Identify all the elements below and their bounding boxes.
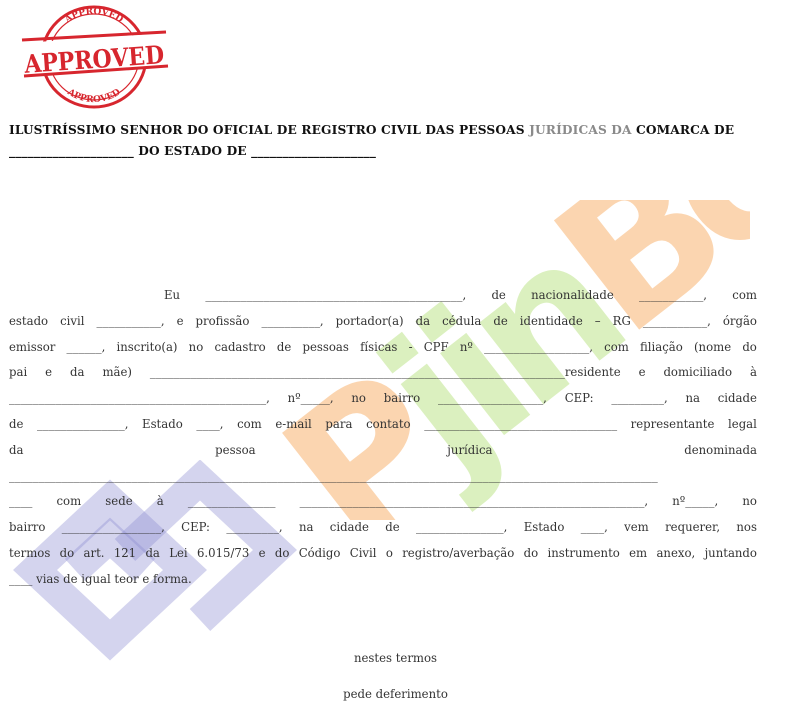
body-word: termos [9, 541, 50, 567]
body-word: da [145, 541, 159, 567]
body-word: nos [736, 515, 757, 541]
body-word: bairro [9, 515, 45, 541]
body-word: sede [105, 489, 132, 515]
body-word: ____, [196, 412, 223, 438]
body-word: ________________________________________… [300, 489, 649, 515]
body-segment: pessoa [215, 438, 255, 464]
body-word: _________________________________ [424, 412, 617, 438]
body-word: bairro [384, 386, 420, 412]
body-word: emissor [9, 335, 55, 361]
body-word: contato [366, 412, 411, 438]
body-word: ___________, [639, 283, 707, 309]
body-word: e [177, 309, 184, 335]
body-word: de [9, 412, 23, 438]
body-word: _________________, [62, 515, 165, 541]
body-word: domiciliado [663, 360, 732, 386]
body-word: anexo, [656, 541, 695, 567]
body-word: do [742, 335, 757, 361]
body-word: portador(a) [336, 309, 404, 335]
body-word: ___________, [97, 309, 165, 335]
body-word: Estado [524, 515, 565, 541]
body-word: pai [9, 360, 27, 386]
body-line: emissor______,inscrito(a)nocadastrodepes… [9, 335, 757, 361]
body-word: ________________________________________… [9, 464, 658, 490]
body-word: nº_____, [288, 386, 334, 412]
body-word: com [237, 412, 262, 438]
body-word: Lei [169, 541, 187, 567]
body-word: _________, [226, 515, 282, 541]
body-word: representante [631, 412, 715, 438]
body-line: ________________________________________… [9, 386, 757, 412]
body-word: (nome [694, 335, 731, 361]
body-line: paiedamãe)______________________________… [9, 360, 757, 386]
body-word: vem [624, 515, 649, 541]
body-segment: jurídica [447, 438, 492, 464]
body-segment: da [9, 438, 23, 464]
body-word: __________________, [484, 335, 593, 361]
body-word: __________________, [438, 386, 547, 412]
body-word: do [60, 541, 75, 567]
body-word: RG [613, 309, 631, 335]
body-word: pessoas [303, 335, 349, 361]
body-segment: ____ vias de igual teor e forma. [9, 567, 192, 593]
body-word: inscrito(a) [117, 335, 178, 361]
body-word: na [299, 515, 314, 541]
body-word: órgão [723, 309, 757, 335]
body-word: instrumento [547, 541, 619, 567]
body-word: ____, [581, 515, 608, 541]
body-word: em [629, 541, 647, 567]
body-word: nacionalidade [531, 283, 614, 309]
body-word: filiação [640, 335, 683, 361]
approved-stamp-icon: APPROVED APPROVED APPROVED [14, 2, 174, 110]
body-word: e [259, 541, 266, 567]
body-line: de_______________,Estado____,come-mailpa… [9, 412, 757, 438]
body-word: 6.015/73 [197, 541, 249, 567]
body-line: ____ vias de igual teor e forma. [9, 567, 757, 593]
heading-line1-end: COMARCA DE [632, 123, 735, 137]
body-word: cadastro [214, 335, 265, 361]
body-word: no [351, 386, 366, 412]
body-line: dapessoajurídicadenominada [9, 438, 757, 464]
body-word: identidade [520, 309, 583, 335]
body-word: juntando [705, 541, 757, 567]
heading-line1-grey: JURÍDICAS DA [529, 123, 632, 137]
body-word: CEP: [181, 515, 210, 541]
body-word: ___________, [643, 309, 711, 335]
body-word: Eu [164, 283, 180, 309]
closing-line-2: pede deferimento [0, 687, 791, 701]
body-word: Estado [142, 412, 183, 438]
body-line: bairro_________________,CEP:_________,na… [9, 515, 757, 541]
document-heading: ILUSTRÍSSIMO SENHOR DO OFICIAL DE REGIST… [9, 120, 779, 162]
body-word: na [685, 386, 700, 412]
body-word: nº [460, 335, 473, 361]
body-word: com [732, 283, 757, 309]
body-word: _______________, [37, 412, 128, 438]
body-word: de [493, 309, 507, 335]
document-body: Eu______________________________________… [9, 283, 757, 593]
body-word: cidade [718, 386, 757, 412]
body-word: físicas [360, 335, 397, 361]
body-word: 121 [114, 541, 136, 567]
body-word: cidade [330, 515, 369, 541]
body-word: ______, [67, 335, 106, 361]
body-line: Eu______________________________________… [9, 283, 757, 309]
body-word: registro/averbação [402, 541, 514, 567]
closing-line-1: nestes termos [0, 651, 791, 665]
body-word: à [157, 489, 164, 515]
body-word: ____ [9, 489, 32, 515]
body-word: Código [299, 541, 341, 567]
body-word: _______________, [416, 515, 507, 541]
body-word: da [70, 360, 84, 386]
body-word: do [275, 541, 290, 567]
body-word: estado [9, 309, 48, 335]
body-word: no [742, 489, 757, 515]
body-line: termosdoart.121daLei6.015/73edoCódigoCiv… [9, 541, 757, 567]
body-line: estadocivil___________,eprofissão_______… [9, 309, 757, 335]
body-word: cédula [442, 309, 481, 335]
body-word: ________________________________________… [205, 283, 466, 309]
body-word: profissão [196, 309, 250, 335]
body-word: com [57, 489, 82, 515]
body-segment: denominada [684, 438, 757, 464]
body-word: no [189, 335, 204, 361]
body-word: civil [60, 309, 84, 335]
body-word: requerer, [665, 515, 720, 541]
body-word: __________, [261, 309, 323, 335]
heading-line2: ____________________ DO ESTADO DE ______… [9, 141, 779, 162]
body-word: - [409, 335, 413, 361]
body-line: ____comsedeà____________________________… [9, 489, 757, 515]
svg-text:X: X [706, 200, 750, 228]
body-word: do [524, 541, 539, 567]
body-word: para [325, 412, 352, 438]
body-word: CEP: [565, 386, 594, 412]
heading-line1-start: ILUSTRÍSSIMO SENHOR DO OFICIAL DE REGIST… [9, 123, 529, 137]
body-word: _______________ [188, 489, 276, 515]
body-word: _________, [611, 386, 667, 412]
body-word: o [386, 541, 393, 567]
body-line: ________________________________________… [9, 464, 757, 490]
body-word: Civil [350, 541, 377, 567]
body-word: ________________________________________… [9, 386, 270, 412]
body-word: nº_____, [672, 489, 718, 515]
body-word: e [45, 360, 52, 386]
body-word: da [416, 309, 430, 335]
body-word: CPF [424, 335, 449, 361]
body-word: com [604, 335, 629, 361]
body-word: e [639, 360, 646, 386]
body-word: à [750, 360, 757, 386]
body-word: e-mail [275, 412, 311, 438]
body-word: ________________________________________… [150, 360, 621, 386]
body-word: de [385, 515, 399, 541]
body-word: legal [728, 412, 757, 438]
body-word: – [595, 309, 601, 335]
body-word: mãe) [102, 360, 132, 386]
body-word: de [277, 335, 291, 361]
body-word: de [491, 283, 505, 309]
body-word: art. [84, 541, 105, 567]
